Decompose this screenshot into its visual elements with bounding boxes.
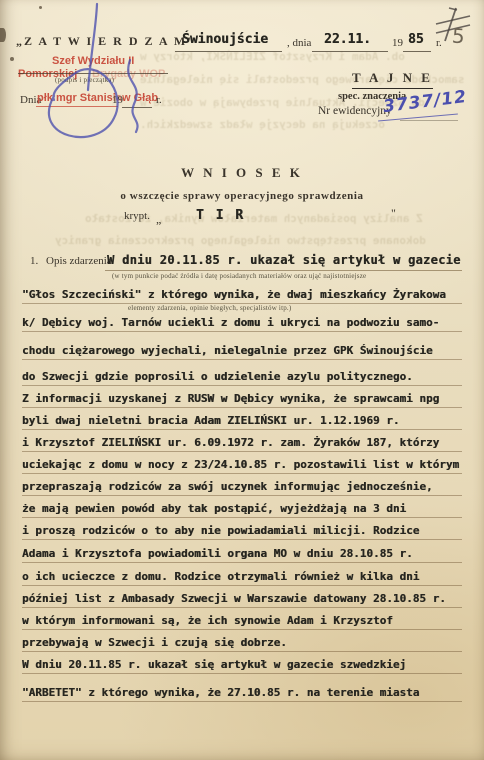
form-line bbox=[400, 120, 458, 121]
handwritten-page-number: 5 bbox=[451, 24, 465, 49]
body-text-line: "Głos Szczeciński" z którego wynika, że … bbox=[22, 287, 462, 304]
body-text-line: w którym informowani są, że ich synowie … bbox=[22, 613, 462, 630]
body-text-line: "ARBETET" z którego wynika, że 27.10.85 … bbox=[22, 685, 462, 702]
paper-speck bbox=[0, 28, 6, 42]
r-suffix: r. bbox=[436, 37, 442, 49]
body-text-line: i proszą rodziców o to aby nie powiadami… bbox=[22, 523, 462, 540]
form-footnote: elementy zdarzenia, opinie biegłych, spe… bbox=[128, 304, 291, 312]
body-text-line: uciekając z domu w nocy z 23/24.10.85 r.… bbox=[22, 457, 462, 474]
body-text-line: Adama i Krzysztofa powiadomili organa MO… bbox=[22, 546, 462, 563]
body-text-line: k/ Dębicy woj. Tarnów uciekli z domu i u… bbox=[22, 315, 462, 332]
krypt-label: krypt. bbox=[124, 210, 150, 222]
body-text-line: Z informacji uzyskanej z RUSW w Dębicy w… bbox=[22, 391, 462, 408]
year-value: 85 bbox=[408, 32, 424, 47]
dnia-label: , dnia bbox=[287, 37, 311, 49]
body-text-line: do Szwecji gdzie poprosili o udzielenie … bbox=[22, 369, 462, 386]
body-text-line: przebywają w Szwecji i czują się dobrze. bbox=[22, 635, 462, 652]
body-text-line: byli dwaj nieletni bracia Adam ZIELIŃSKI… bbox=[22, 413, 462, 430]
ruled-line bbox=[105, 270, 462, 271]
tajne-classification: T A J N E bbox=[352, 70, 433, 89]
scanned-document-page: ob. Adam i Krzysztof ZIELIŃSKI, którzy w… bbox=[0, 0, 484, 760]
form-line bbox=[312, 51, 388, 52]
body-text-line: W dniu 20.11.85 r. ukazał się artykuł w … bbox=[22, 657, 462, 674]
section-label: Opis zdarzenia bbox=[46, 255, 112, 267]
form-line bbox=[403, 51, 431, 52]
paper-speck bbox=[10, 57, 14, 61]
document-title: W N I O S E K bbox=[0, 165, 484, 181]
year-prefix: 19 bbox=[392, 37, 403, 49]
date-value: 22.11. bbox=[324, 32, 371, 47]
form-footnote: (w tym punkcie podać źródła i datę posia… bbox=[112, 272, 366, 280]
body-text-line: że mają pewien powód aby tak postąpić, w… bbox=[22, 501, 462, 518]
section-first-typed-line: W dniu 20.11.85 r. ukazał się artykuł w … bbox=[107, 253, 461, 267]
handwritten-signature bbox=[18, 0, 198, 150]
krypt-codename: T I R bbox=[196, 208, 245, 223]
bleed-through-line: dokonane przestępstwo nielegalnego przek… bbox=[55, 234, 426, 247]
body-text-line: o ich ucieczce z domu. Rodzice otrzymali… bbox=[22, 569, 462, 586]
krypt-close-quote: " bbox=[391, 206, 396, 221]
document-subtitle: o wszczęcie sprawy operacyjnego sprawdze… bbox=[0, 190, 484, 202]
nr-ewidencyjny-label: Nr ewidencyjny bbox=[318, 105, 392, 117]
body-text-line: później list z Ambasady Szwecji w Warsza… bbox=[22, 591, 462, 608]
body-text-line: przepraszają rodziców za swój uczynek in… bbox=[22, 479, 462, 496]
krypt-open-quote: „ bbox=[156, 212, 161, 227]
section-number: 1. bbox=[30, 255, 38, 267]
body-text-line: i Krzysztof ZIELIŃSKI ur. 6.09.1972 r. z… bbox=[22, 435, 462, 452]
body-text-line: chodu ciężarowego wyjechali, nielegalnie… bbox=[22, 343, 462, 360]
